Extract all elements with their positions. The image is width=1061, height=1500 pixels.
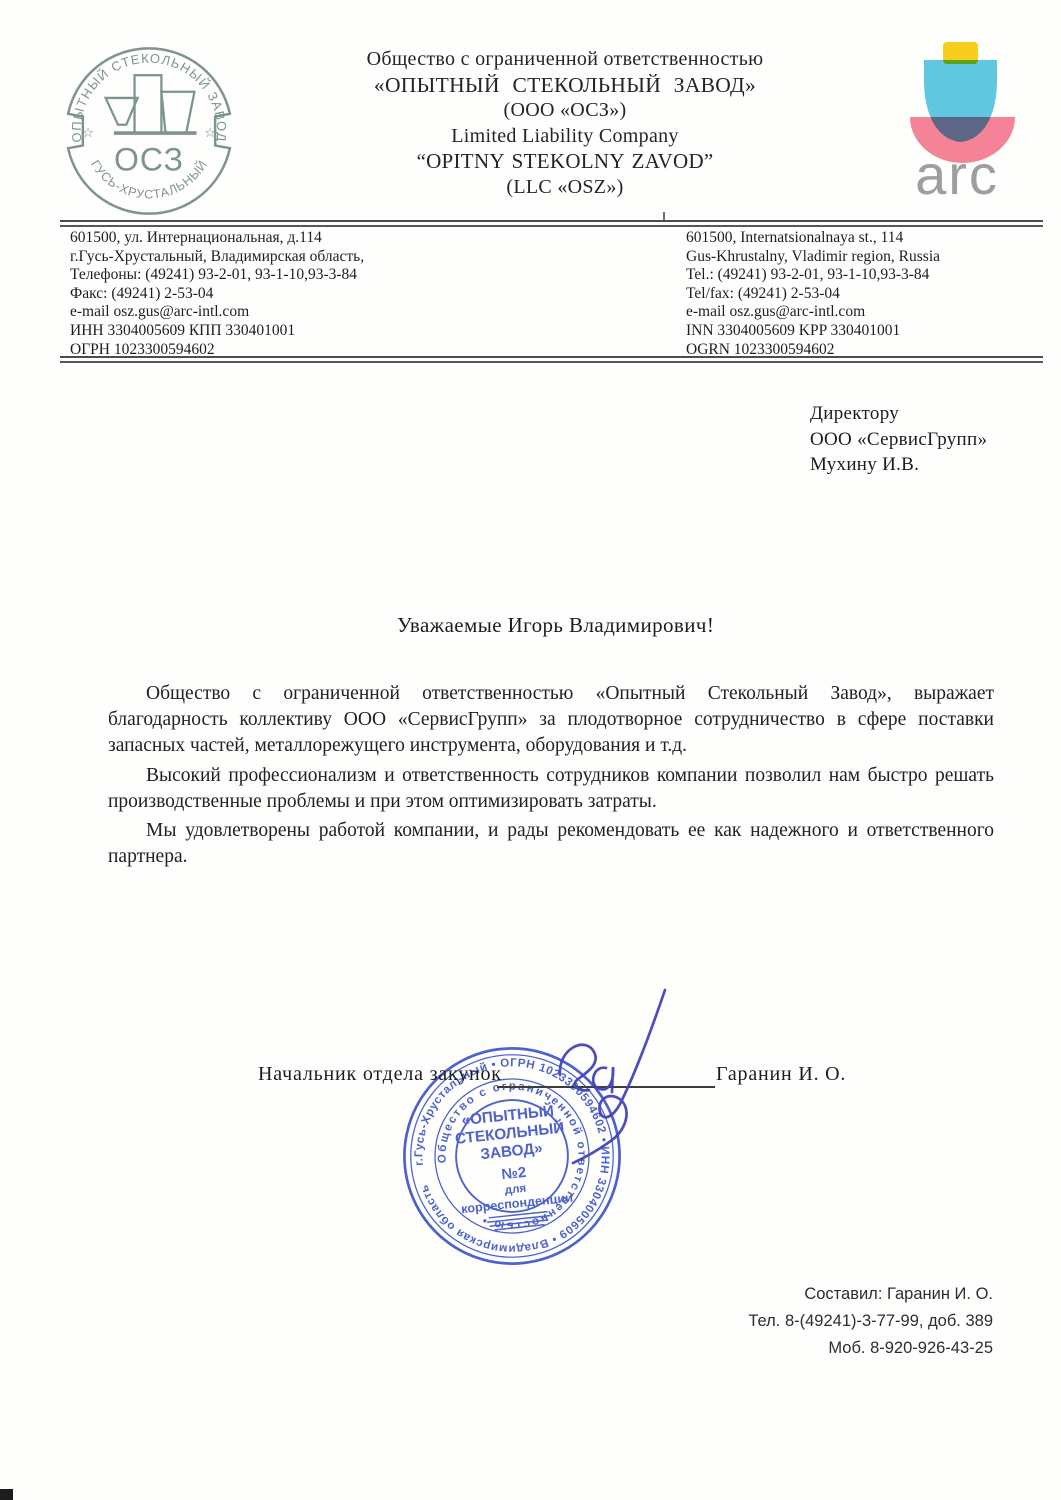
arc-brand-logo: arc <box>893 30 1023 202</box>
scan-tick-mark <box>663 212 665 220</box>
letter-body: Общество с ограниченной ответственностью… <box>108 681 994 873</box>
signer-name: Гаранин И. О. <box>716 1063 846 1086</box>
funnel-glass-shape <box>106 98 138 125</box>
seal-star-left-icon: ☆ <box>82 125 94 140</box>
title-line-ru-form: Общество с ограниченной ответственностью <box>300 47 830 73</box>
salutation: Уважаемые Игорь Владимирович! <box>397 613 714 638</box>
contacts-english: 601500, Internatsionalnaya st., 114 Gus-… <box>686 229 1046 359</box>
seal-abbr-text: ОСЗ <box>114 141 184 177</box>
seal-star-right-icon: ☆ <box>204 125 216 140</box>
contact-line: INN 3304005609 KPP 330401001 <box>686 322 1046 341</box>
contact-line: 601500, ул. Интернациональная, д.114 <box>70 229 520 248</box>
contact-line: Tel/fax: (49241) 2-53-04 <box>686 285 1046 304</box>
contact-line: Gus-Khrustalny, Vladimir region, Russia <box>686 248 1046 267</box>
letter-page: ОПЫТНЫЙ СТЕКОЛЬНЫЙ ЗАВОД ГУСЬ-ХРУСТАЛЬНЫ… <box>0 0 1061 1500</box>
title-line-en-form: Limited Liability Company <box>300 124 830 150</box>
scan-corner-artifact <box>0 1489 13 1500</box>
signer-position: Начальник отдела закупок <box>258 1063 502 1086</box>
stamp-purpose-line: для <box>504 1182 527 1197</box>
glassware-icon <box>106 75 197 133</box>
contact-line: Tel.: (49241) 93-2-01, 93-1-10,93-3-84 <box>686 266 1046 285</box>
footer-phone: Тел. 8-(49241)-3-77-99, доб. 389 <box>663 1308 993 1335</box>
body-paragraph: Общество с ограниченной ответственностью… <box>108 681 994 760</box>
arc-wordmark: arc <box>915 143 999 202</box>
contact-line: Факс: (49241) 2-53-04 <box>70 285 520 304</box>
signature-stroke <box>593 1067 613 1092</box>
tall-glass-shape <box>135 75 162 133</box>
contact-line-email: e-mail osz.gus@arc-intl.com <box>686 303 1046 322</box>
contact-line-email: e-mail osz.gus@arc-intl.com <box>70 303 520 322</box>
handwritten-signature <box>500 980 710 1180</box>
contact-line: 601500, Internatsionalnaya st., 114 <box>686 229 1046 248</box>
recipient-position: Директору <box>810 401 987 427</box>
footer-mobile: Моб. 8-920-926-43-25 <box>663 1335 993 1362</box>
signature-strokes <box>560 990 665 1163</box>
contact-line: г.Гусь-Хрустальный, Владимирская область… <box>70 248 520 267</box>
recipient-person: Мухину И.В. <box>810 452 987 478</box>
top-double-rule <box>60 220 1043 227</box>
footer-author: Составил: Гаранин И. О. <box>663 1281 993 1308</box>
recipient-block: Директору ООО «СервисГрупп» Мухину И.В. <box>810 401 987 478</box>
bottom-double-rule <box>60 356 1043 363</box>
body-paragraph: Мы удовлетворены работой компании, и рад… <box>108 818 994 870</box>
contact-line: ИНН 3304005609 КПП 330401001 <box>70 322 520 341</box>
company-seal-logo: ОПЫТНЫЙ СТЕКОЛЬНЫЙ ЗАВОД ГУСЬ-ХРУСТАЛЬНЫ… <box>56 38 242 224</box>
signature-stroke <box>560 1045 596 1091</box>
contact-line: Телефоны: (49241) 93-2-01, 93-1-10,93-3-… <box>70 266 520 285</box>
title-line-ru-name: «ОПЫТНЫЙ СТЕКОЛЬНЫЙ ЗАВОД» <box>300 73 830 99</box>
contacts-russian: 601500, ул. Интернациональная, д.114 г.Г… <box>70 229 520 359</box>
title-line-en-abbr: (LLC «OSZ») <box>300 175 830 201</box>
title-line-ru-abbr: (ООО «ОСЗ») <box>300 98 830 124</box>
title-line-en-name: “OPITNY STEKOLNY ZAVOD” <box>300 149 830 175</box>
footer-contact-block: Составил: Гаранин И. О. Тел. 8-(49241)-3… <box>663 1281 993 1362</box>
recipient-company: ООО «СервисГрупп» <box>810 427 987 453</box>
letterhead-title: Общество с ограниченной ответственностью… <box>300 47 830 200</box>
body-paragraph: Высокий профессионализм и ответственност… <box>108 763 994 815</box>
signature-stroke <box>573 990 665 1163</box>
tumbler-glass-shape <box>161 92 194 133</box>
